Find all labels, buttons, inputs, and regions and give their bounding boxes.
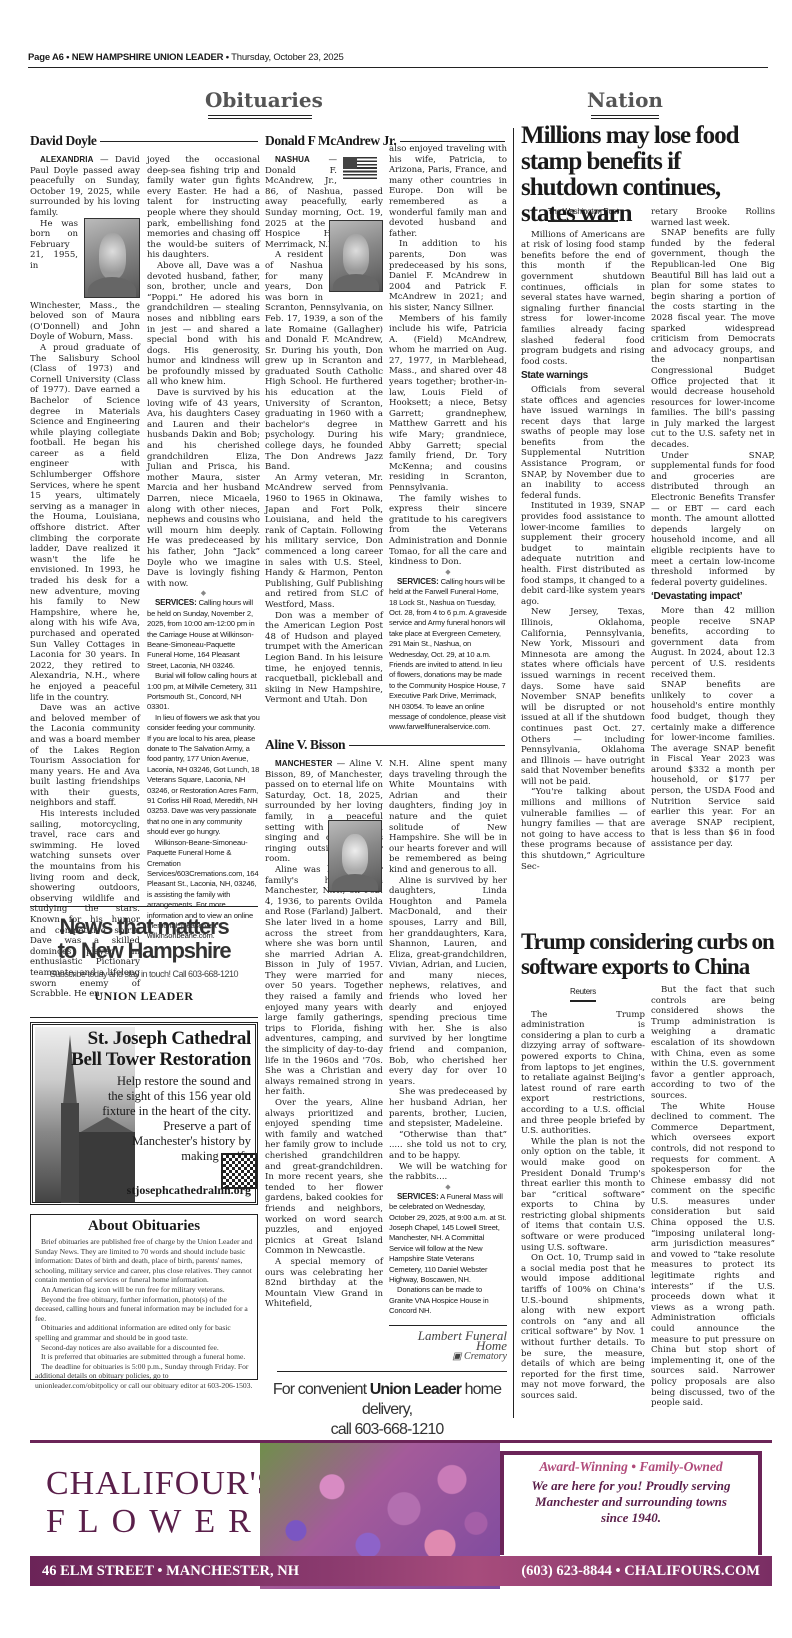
- services-text: In lieu of flowers we ask that you consi…: [147, 713, 260, 838]
- obit-name-bisson: Aline V. Bisson: [265, 737, 505, 753]
- folio-page: Page A6 • NEW HAMPSHIRE UNION LEADER •: [28, 52, 229, 63]
- ad-title: Bell Tower Restoration: [71, 1048, 251, 1071]
- ad-subtext: Subscribe today and stay in touch! Call …: [30, 969, 258, 979]
- paragraph: “You're talking about millions and milli…: [521, 787, 645, 872]
- ad-body: Help restore the sound and the sight of …: [101, 1074, 251, 1164]
- building-icon: ▣: [452, 1351, 464, 1362]
- obit-mcandrew-col2: also enjoyed traveling with his wife, Pa…: [389, 144, 507, 733]
- ad-chalifours-flowers[interactable]: CHALIFOUR'S FLOWERS Award-Winning • Fami…: [30, 1440, 772, 1586]
- paragraph: In addition to his parents, Don was pred…: [389, 239, 507, 313]
- photo-david-doyle: [84, 218, 140, 298]
- paragraph: Instituted in 1939, SNAP provides food a…: [521, 501, 645, 607]
- services-text: A Funeral Mass will be celebrated on Wed…: [389, 1192, 506, 1284]
- flowers-name: CHALIFOUR'S: [46, 1465, 296, 1503]
- about-paragraph: Second-day notices are also available fo…: [31, 1343, 257, 1353]
- about-title: About Obituaries: [31, 1218, 257, 1235]
- services-text: Burial will follow calling hours at 1:00…: [147, 671, 260, 713]
- ad-news-that-matters[interactable]: News that matters to New Hampshire Subsc…: [30, 915, 258, 1004]
- flowers-contact[interactable]: (603) 623-8844 • CHALIFOURS.COM: [521, 1563, 760, 1580]
- paragraph: Millions of Americans are at risk of los…: [521, 230, 645, 368]
- subhead: ‘Devastating impact’: [651, 592, 775, 603]
- paragraph: also enjoyed traveling with his wife, Pa…: [389, 144, 507, 239]
- paragraph: The family wishes to express their since…: [389, 494, 507, 568]
- ad-border: [277, 1371, 507, 1372]
- paragraph: A proud graduate of The Salisbury School…: [30, 343, 140, 703]
- paragraph: But the fact that such controls are bein…: [651, 985, 775, 1102]
- delivery-phone: call 603-668-1210: [262, 1420, 512, 1440]
- ad-border: [30, 906, 258, 907]
- page-folio: Page A6 • NEW HAMPSHIRE UNION LEADER • T…: [28, 52, 768, 68]
- funeral-home-logo: Lambert Funeral Home ▣ Crematory: [389, 1331, 507, 1363]
- flowers-footer-bar: 46 ELM STREET • MANCHESTER, NH (603) 623…: [30, 1556, 772, 1586]
- obit-doyle-col2: joyed the occasional deep-sea fishing tr…: [147, 155, 260, 942]
- about-paragraph: Brief obituaries are published free of c…: [31, 1237, 257, 1285]
- about-obituaries-box: About Obituaries Brief obituaries are pu…: [30, 1214, 258, 1380]
- diamond-separator: ◆: [389, 568, 507, 577]
- delivery-brand: Union Leader: [370, 1381, 461, 1398]
- paragraph: N.H. Aline spent many days traveling thr…: [389, 759, 507, 876]
- dateline: NASHUA: [275, 155, 310, 164]
- services-label: SERVICES:: [397, 1192, 439, 1201]
- about-paragraph: It is preferred that obituaries are subm…: [31, 1352, 257, 1362]
- paragraph: “Otherwise than that” ..... she told us …: [389, 1130, 507, 1162]
- paragraph: Aline is survived by her daughters, Lind…: [389, 876, 507, 1088]
- paragraph: New Jersey, Texas, Illinois, Oklahoma, C…: [521, 607, 645, 787]
- section-rule: [208, 115, 312, 119]
- paragraph: retary Brooke Rollins warned last week.: [651, 207, 775, 228]
- headline-china[interactable]: Trump considering curbs on software expo…: [521, 929, 776, 979]
- paragraph: While the plan is not the only option on…: [521, 1137, 645, 1254]
- paragraph: More than 42 million people receive SNAP…: [651, 606, 775, 680]
- flowers-tagline: Award-Winning • Family-Owned: [504, 1459, 758, 1475]
- ad-border: [30, 1017, 258, 1018]
- snap-col2: retary Brooke Rollins warned last week. …: [651, 207, 775, 850]
- dateline: ALEXANDRIA: [40, 155, 93, 164]
- flowers-logo-panel: CHALIFOUR'S FLOWERS: [30, 1443, 260, 1557]
- ad-headline: News that matters: [30, 915, 258, 939]
- photo-donald-mcandrew: [329, 220, 383, 292]
- photo-aline-bisson: [328, 820, 382, 892]
- cathedral-text: St. Joseph Cathedral Bell Tower Restorat…: [71, 1027, 251, 1164]
- paragraph: The White House declined to comment. The…: [651, 1102, 775, 1409]
- byline: Reuters: [570, 987, 596, 1002]
- ad-title: St. Joseph Cathedral: [71, 1027, 251, 1050]
- flowers-message: We are here for you! Proudly serving Man…: [531, 1478, 731, 1526]
- paragraph: Above all, Dave was a devoted husband, f…: [147, 261, 260, 388]
- services-label: SERVICES:: [155, 598, 197, 607]
- services-text: Donations can be made to Granite VNA Hos…: [389, 1285, 507, 1316]
- folio-date: Thursday, October 23, 2025: [229, 52, 344, 63]
- about-paragraph: Beyond the free obituary, further inform…: [31, 1295, 257, 1324]
- obit-name-text: David Doyle: [30, 133, 96, 149]
- ad-st-joseph-cathedral[interactable]: St. Joseph Cathedral Bell Tower Restorat…: [30, 1022, 258, 1205]
- obit-name-text: Donald F McAndrew Jr.: [265, 133, 396, 149]
- services-doyle: SERVICES: Calling hours will be held on …: [147, 598, 260, 941]
- byline: The Washington Post: [548, 207, 619, 222]
- obit-name-text: Aline V. Bisson: [265, 737, 345, 753]
- about-paragraph: Obituaries and additional information ar…: [31, 1323, 257, 1342]
- about-paragraph: The deadline for obituaries is 5:00 p.m.…: [31, 1362, 257, 1391]
- name-rule: [400, 141, 505, 142]
- section-rule: [389, 1325, 507, 1326]
- paragraph: On Oct. 10, Trump said in a social media…: [521, 1253, 645, 1401]
- paragraph: SNAP benefits are fully funded by the fe…: [651, 228, 775, 450]
- paragraph: Under SNAP, supplemental funds for food …: [651, 451, 775, 589]
- paragraph: The Trump administration is considering …: [521, 1010, 645, 1137]
- paragraph: An Army veteran, Mr. McAndrew served fro…: [265, 473, 383, 611]
- delivery-text: For convenient: [273, 1381, 370, 1398]
- obit-doyle-col1: ALEXANDRIA — David Paul Doyle passed awa…: [30, 155, 140, 1000]
- union-leader-logo: UNION LEADER: [30, 989, 258, 1004]
- diamond-separator: ◆: [147, 589, 260, 598]
- flowers-name: FLOWERS: [46, 1503, 296, 1541]
- obit-mcandrew-col1: NASHUA — Donald F. McAndrew, Jr., 86, of…: [265, 155, 383, 706]
- paragraph: We will be watching for the rabbits....: [389, 1162, 507, 1183]
- section-rule: [591, 115, 659, 119]
- services-label: SERVICES:: [397, 577, 439, 586]
- paragraph: Don was a member of the American Legion …: [265, 611, 383, 706]
- china-col1: Reuters The Trump administration is cons…: [521, 985, 645, 1402]
- services-text: Calling hours will be held at the Farwel…: [389, 577, 507, 732]
- paragraph: A special memory of ours was celebrating…: [265, 1257, 383, 1310]
- obit-bisson-col2: N.H. Aline spent many days traveling thr…: [389, 759, 507, 1362]
- flowers-logo: CHALIFOUR'S FLOWERS: [46, 1465, 296, 1541]
- paragraph: SNAP benefits are unlikely to cover a ho…: [651, 680, 775, 850]
- paragraph: She was predeceased by her husband Adria…: [389, 1087, 507, 1129]
- flowers-address: 46 ELM STREET • MANCHESTER, NH: [42, 1563, 299, 1580]
- section-head-nation: Nation: [585, 88, 665, 119]
- services-bisson: SERVICES: A Funeral Mass will be celebra…: [389, 1192, 507, 1317]
- paragraph: — David Paul Doyle passed away peacefull…: [30, 155, 140, 218]
- services-text: Calling hours will be held on Sunday, No…: [147, 598, 255, 669]
- snap-col1: The Washington Post Millions of American…: [521, 205, 645, 872]
- paragraph: Aline was born in her family's home in M…: [265, 865, 383, 1098]
- paragraph: Officials from several state offices and…: [521, 385, 645, 502]
- column-divider: [513, 128, 514, 1418]
- funeral-home-name: Lambert Funeral Home: [389, 1331, 507, 1352]
- obit-name-doyle: David Doyle: [30, 133, 258, 149]
- ad-url[interactable]: stjosephcathedralnh.org: [127, 1183, 251, 1198]
- paragraph: Over the years, Aline always prioritized…: [265, 1098, 383, 1257]
- section-title: Nation: [587, 88, 663, 112]
- about-paragraph: An American flag icon will be run free f…: [31, 1285, 257, 1295]
- diamond-separator: ◆: [389, 1183, 507, 1192]
- section-title: Obituaries: [205, 88, 323, 112]
- ad-home-delivery: For convenient Union Leader home deliver…: [262, 1380, 512, 1440]
- funeral-home-sub: Crematory: [464, 1351, 507, 1362]
- ad-headline: to New Hampshire: [30, 939, 258, 963]
- name-rule: [349, 745, 505, 746]
- subhead: State warnings: [521, 371, 645, 382]
- china-col2: But the fact that such controls are bein…: [651, 985, 775, 1409]
- flowers-message-panel: Award-Winning • Family-Owned We are here…: [500, 1451, 762, 1555]
- name-rule: [100, 141, 258, 142]
- dateline: MANCHESTER: [275, 759, 332, 768]
- paragraph: Dave was an active and beloved member of…: [30, 703, 140, 809]
- american-flag-icon: [343, 157, 377, 179]
- section-head-obituaries: Obituaries: [205, 88, 315, 119]
- paragraph: Dave is survived by his loving wife of 4…: [147, 388, 260, 589]
- services-mcandrew: SERVICES: Calling hours will be held at …: [389, 577, 507, 733]
- paragraph: Members of his family include his wife, …: [389, 314, 507, 494]
- paragraph: joyed the occasional deep-sea fishing tr…: [147, 155, 260, 261]
